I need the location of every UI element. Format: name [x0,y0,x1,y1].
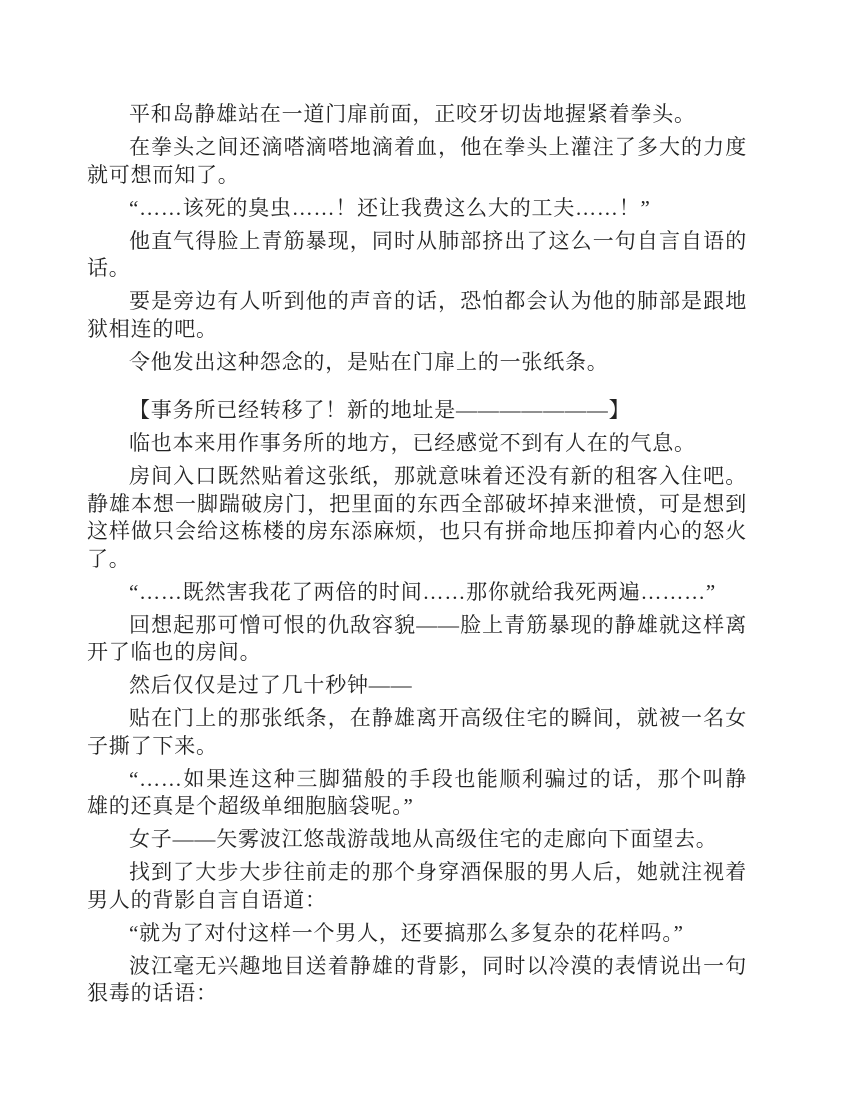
paragraph-narration: 回想起那可憎可恨的仇敌容貌——脸上青筋暴现的静雄就这样离开了临也的房间。 [87,612,747,667]
paragraph-narration: 然后仅仅是过了几十秒钟—— [87,672,747,700]
paragraph-notice: 【事务所已经转移了！新的地址是———————】 [87,397,747,425]
paragraph-narration: 女子——矢雾波江悠哉游哉地从高级住宅的走廊向下面望去。 [87,826,747,854]
paragraph-narration: 找到了大步大步往前走的那个身穿酒保服的男人后，她就注视着男人的背影自言自语道： [87,859,747,914]
paragraph-narration: 波江毫无兴趣地目送着静雄的背影，同时以冷漠的表情说出一句狠毒的话语： [87,953,747,1008]
paragraph-narration: 在拳头之间还滴嗒滴嗒地滴着血，他在拳头上灌注了多大的力度就可想而知了。 [87,134,747,189]
paragraph-dialogue: “……既然害我花了两倍的时间……那你就给我死两遍………” [87,579,747,607]
novel-page: 平和岛静雄站在一道门扉前面，正咬牙切齿地握紧着拳头。在拳头之间还滴嗒滴嗒地滴着血… [0,0,850,1100]
paragraph-narration: 临也本来用作事务所的地方，已经感觉不到有人在的气息。 [87,430,747,458]
novel-text-column: 平和岛静雄站在一道门扉前面，正咬牙切齿地握紧着拳头。在拳头之间还滴嗒滴嗒地滴着血… [87,101,747,1008]
paragraph-dialogue: “就为了对付这样一个男人，还要搞那么多复杂的花样吗。” [87,920,747,948]
paragraph-narration: 要是旁边有人听到他的声音的话，恐怕都会认为他的肺部是跟地狱相连的吧。 [87,288,747,343]
paragraph-narration: 平和岛静雄站在一道门扉前面，正咬牙切齿地握紧着拳头。 [87,101,747,129]
paragraph-narration: 房间入口既然贴着这张纸，那就意味着还没有新的租客入住吧。静雄本想一脚踹破房门，把… [87,463,747,573]
paragraph-narration: 贴在门上的那张纸条，在静雄离开高级住宅的瞬间，就被一名女子撕了下来。 [87,705,747,760]
paragraph-narration: 令他发出这种怨念的，是贴在门扉上的一张纸条。 [87,349,747,377]
paragraph-narration: 他直气得脸上青筋暴现，同时从肺部挤出了这么一句自言自语的话。 [87,228,747,283]
paragraph-dialogue: “……该死的臭虫……！还让我费这么大的工夫……！” [87,195,747,223]
paragraph-dialogue: “……如果连这种三脚猫般的手段也能顺利骗过的话，那个叫静雄的还真是个超级单细胞脑… [87,766,747,821]
